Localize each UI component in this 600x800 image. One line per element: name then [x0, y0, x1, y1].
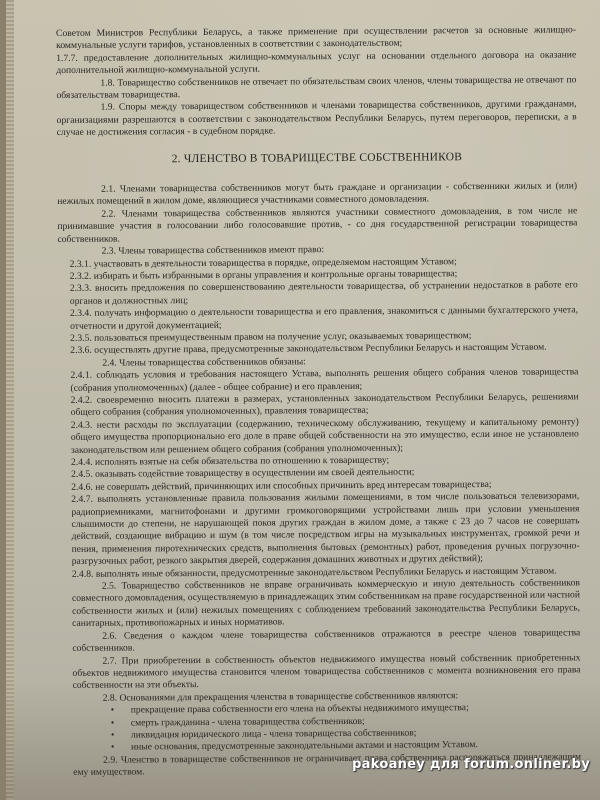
- rights-list: 2.3.1. участвовать в деятельности товари…: [58, 255, 579, 358]
- paragraph-2-6: 2.6. Сведения о каждом члене товариществ…: [72, 627, 580, 655]
- section-title: 2. ЧЛЕНСТВО В ТОВАРИЩЕСТВЕ СОБСТВЕННИКОВ: [57, 150, 577, 166]
- paragraph-1-9: 1.9. Споры между товариществом собственн…: [57, 99, 577, 140]
- paragraph-2-7: 2.7. При приобретении в собственность об…: [72, 652, 580, 693]
- watermark: pakoaney для forum.onliner.by: [352, 757, 590, 772]
- paragraph-2-5: 2.5. Товарищество собственников не вправ…: [72, 577, 580, 630]
- paragraph-2-1: 2.1. Членами товарищества собственников …: [57, 180, 577, 208]
- duty-item: 2.4.7. выполнять установленные правила п…: [71, 491, 580, 569]
- duties-list: 2.4.1. соблюдать условия и требования на…: [58, 367, 579, 582]
- paragraph-1-7-7: 1.7.7. предоставление дополнительных жил…: [56, 49, 576, 77]
- termination-list: прекращение права собственности его член…: [73, 701, 581, 754]
- paragraph-2-2: 2.2. Членами товарищества собственников …: [57, 205, 577, 246]
- duty-item: 2.4.1. соблюдать условия и требования на…: [70, 367, 578, 395]
- duty-item: 2.4.3. нести расходы по эксплуатации (со…: [71, 416, 579, 457]
- right-item: 2.3.3. вносить предложения по совершенст…: [70, 280, 578, 308]
- closing-block: 2.5. Товарищество собственников не вправ…: [60, 577, 581, 779]
- document-body: Советом Министров Республики Беларусь, а…: [56, 24, 581, 779]
- paragraph-1-7-6-continuation: Советом Министров Республики Беларусь, а…: [56, 24, 576, 52]
- paragraph-1-8: 1.8. Товарищество собственников не отвеч…: [56, 74, 576, 102]
- duty-item: 2.4.2. своевременно вносить платежи в ра…: [71, 391, 579, 419]
- paper-sheet: Советом Министров Республики Беларусь, а…: [6, 0, 600, 800]
- right-item: 2.3.4. получать информацию о деятельност…: [70, 304, 578, 332]
